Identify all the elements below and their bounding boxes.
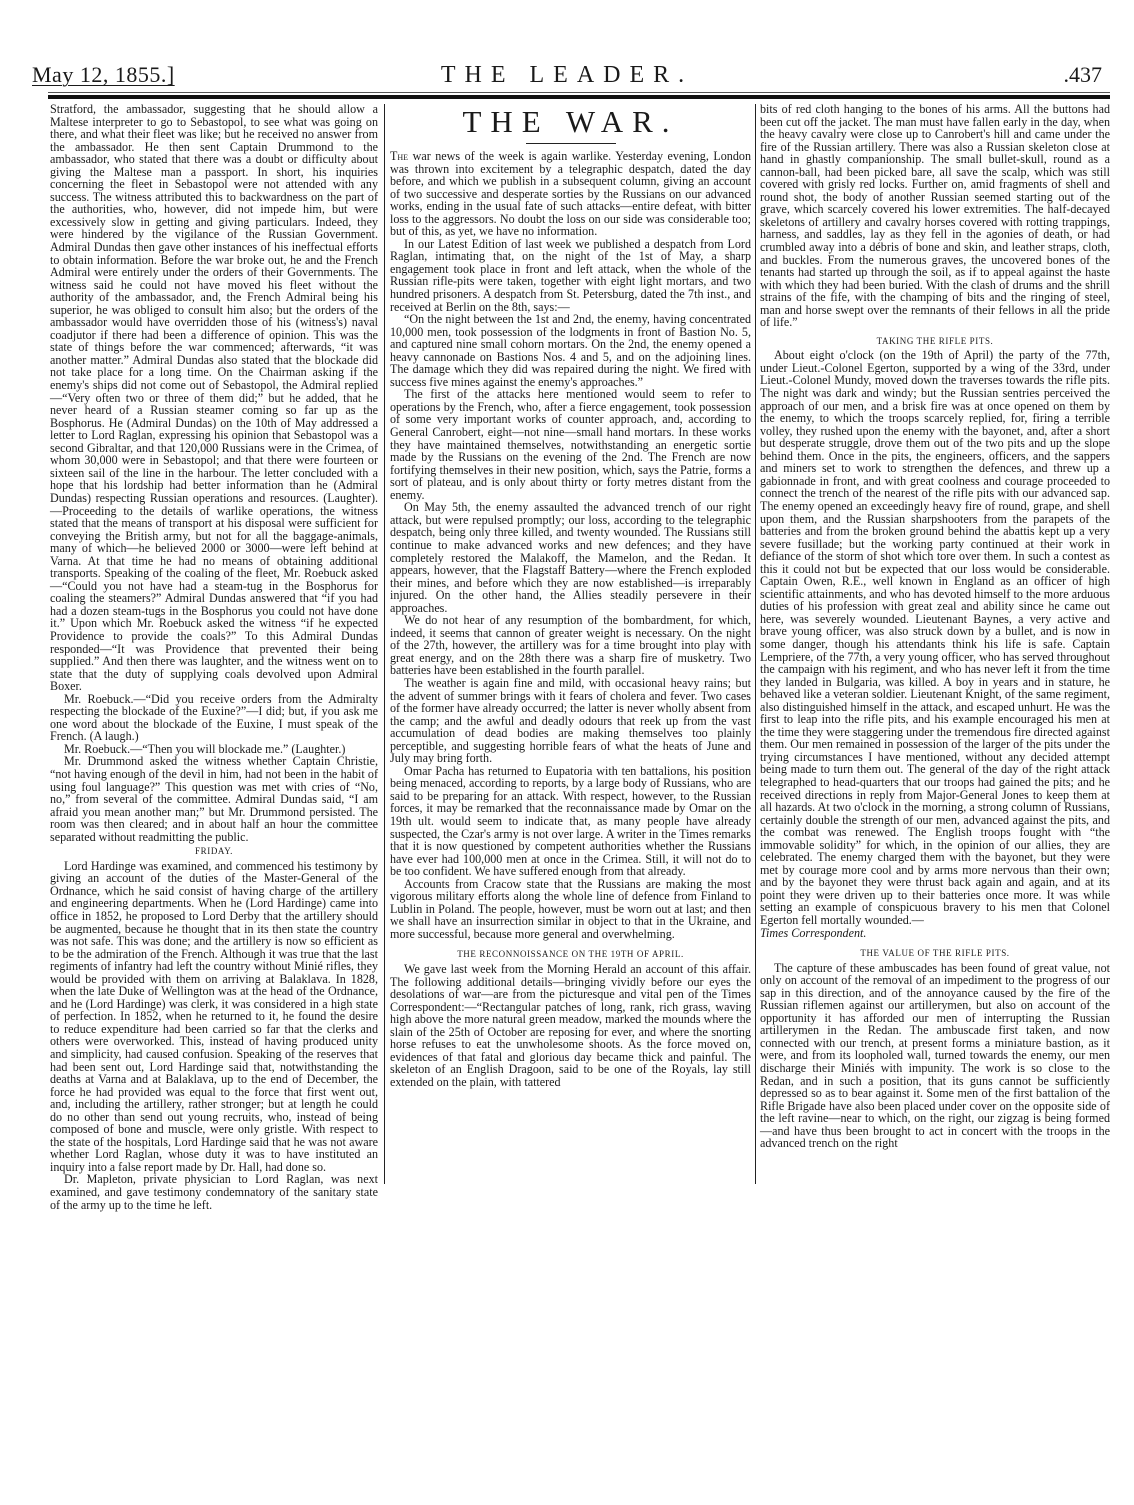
article-paragraph: Mr. Roebuck.—“Did you receive orders fro…: [50, 693, 378, 743]
right-column: bits of red cloth hanging to the bones o…: [760, 103, 1110, 1150]
section-heading-reconnoissance: THE RECONNOISSANCE ON THE 19TH OF APRIL.: [390, 948, 751, 961]
column-divider: [384, 104, 385, 1184]
header-rule-thin: [48, 92, 1110, 93]
heading-underline: [526, 143, 616, 144]
article-paragraph: The weather is again fine and mild, with…: [390, 677, 751, 765]
article-paragraph: The war news of the week is again warlik…: [390, 150, 751, 238]
section-heading-taking-rifle-pits: TAKING THE RIFLE PITS.: [760, 335, 1110, 348]
section-heading-value-rifle-pits: THE VALUE OF THE RIFLE PITS.: [760, 947, 1110, 960]
article-paragraph: We do not hear of any resumption of the …: [390, 614, 751, 677]
article-paragraph: Accounts from Cracow state that the Russ…: [390, 878, 751, 941]
article-paragraph: The capture of these ambuscades has been…: [760, 962, 1110, 1150]
newspaper-title: THE LEADER.: [32, 62, 1102, 89]
article-paragraph: The first of the attacks here mentioned …: [390, 388, 751, 501]
attribution: Times Correspondent.: [760, 926, 866, 940]
article-paragraph: We gave last week from the Morning Heral…: [390, 963, 751, 1088]
article-paragraph: About eight o'clock (on the 19th of Apri…: [760, 349, 1110, 939]
article-paragraph: “On the night between the 1st and 2nd, t…: [390, 313, 751, 388]
article-paragraph: bits of red cloth hanging to the bones o…: [760, 103, 1110, 329]
article-paragraph: Omar Pacha has returned to Eupatoria wit…: [390, 765, 751, 878]
article-paragraph: Mr. Drummond asked the witness whether C…: [50, 755, 378, 843]
page-number: .437: [1064, 62, 1103, 88]
section-heading-friday: FRIDAY.: [50, 845, 378, 858]
article-paragraph: Dr. Mapleton, private physician to Lord …: [50, 1173, 378, 1211]
article-paragraph: Stratford, the ambassador, suggesting th…: [50, 103, 378, 693]
column-divider: [755, 104, 756, 1184]
middle-column: THE WAR. The war news of the week is aga…: [390, 103, 751, 1088]
article-paragraph: On May 5th, the enemy assaulted the adva…: [390, 501, 751, 614]
header-rule-thick: [48, 95, 1110, 99]
article-paragraph: In our Latest Edition of last week we pu…: [390, 238, 751, 313]
left-column: Stratford, the ambassador, suggesting th…: [50, 103, 378, 1211]
article-heading-the-war: THE WAR.: [390, 105, 751, 139]
masthead: May 12, 1855.] THE LEADER. .437: [32, 62, 1102, 92]
article-paragraph: Lord Hardinge was examined, and commence…: [50, 860, 378, 1174]
